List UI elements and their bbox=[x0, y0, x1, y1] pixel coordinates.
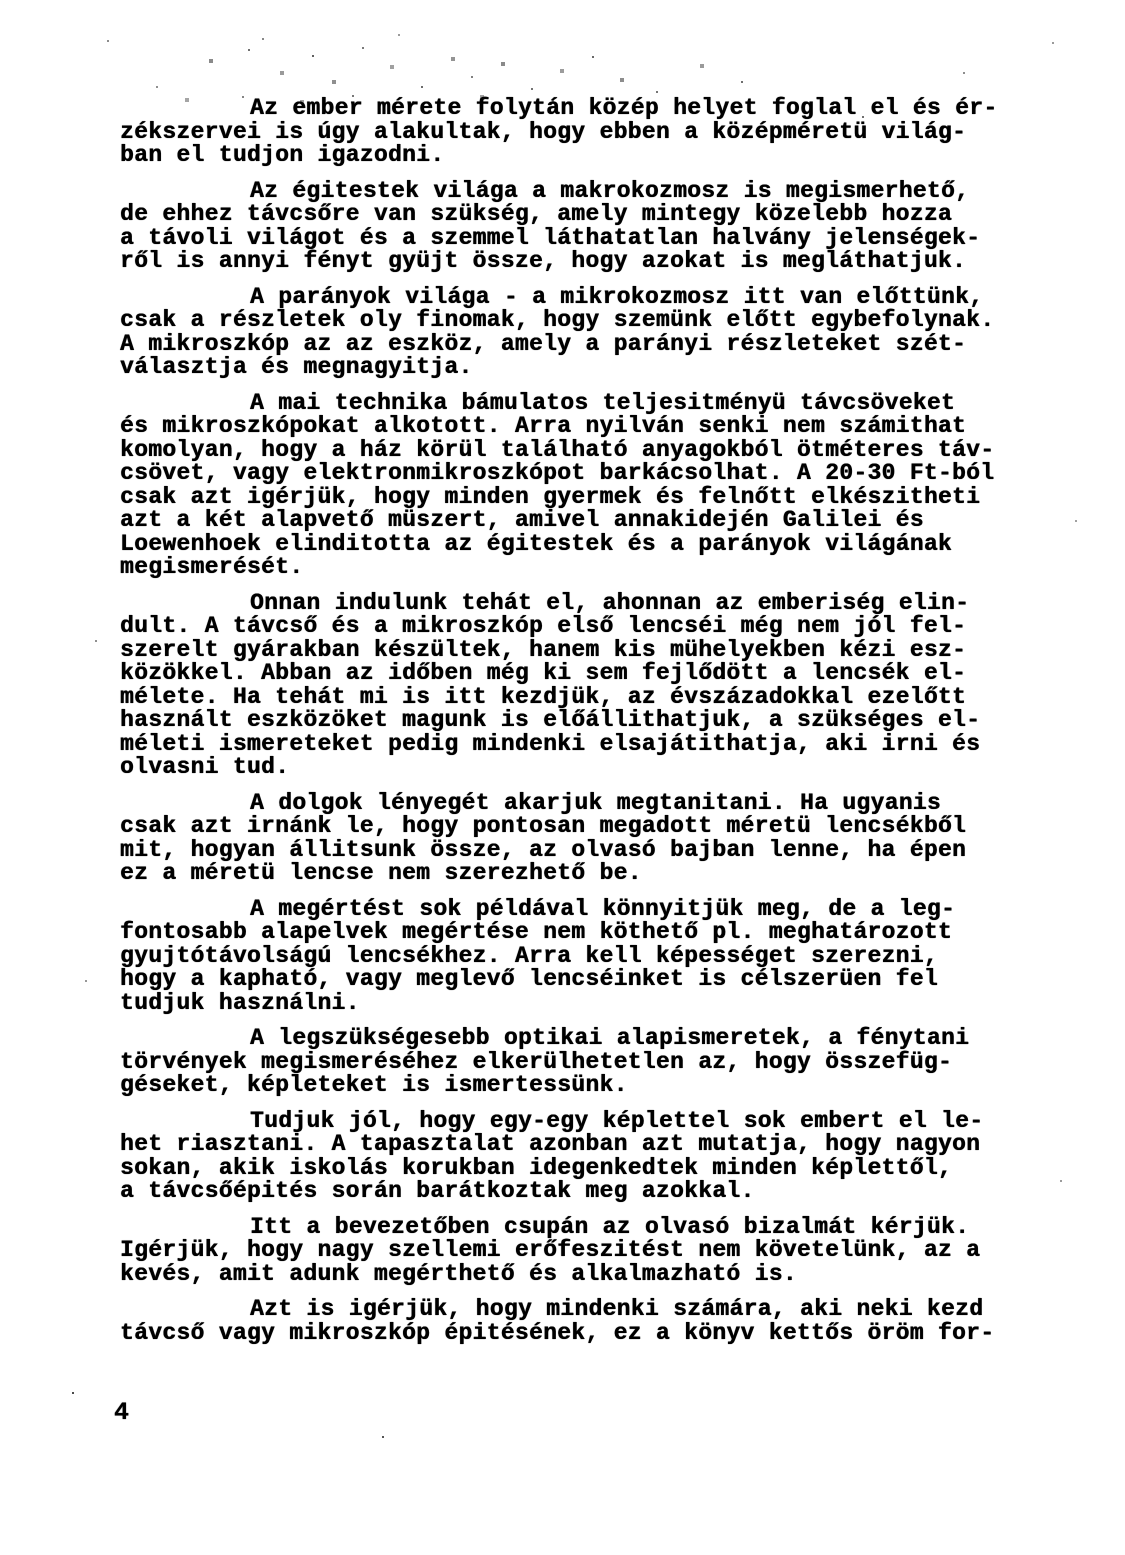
paragraph: Az égitestek világa a makrokozmosz is me… bbox=[120, 180, 1030, 274]
scanned-document-page: Az ember mérete folytán közép helyet fog… bbox=[0, 0, 1125, 1555]
paragraph: A parányok világa - a mikrokozmosz itt v… bbox=[120, 286, 1030, 380]
paragraph: A megértést sok példával könnyitjük meg,… bbox=[120, 898, 1030, 1016]
paragraph: A mai technika bámulatos teljesitményü t… bbox=[120, 392, 1030, 580]
paragraph: Azt is igérjük, hogy mindenki számára, a… bbox=[120, 1298, 1030, 1345]
paragraph: A legszükségesebb optikai alapismeretek,… bbox=[120, 1027, 1030, 1098]
paragraph: Tudjuk jól, hogy egy-egy képlettel sok e… bbox=[120, 1110, 1030, 1204]
paragraph: A dolgok lényegét akarjuk megtanitani. H… bbox=[120, 792, 1030, 886]
paragraph: Itt a bevezetőben csupán az olvasó bizal… bbox=[120, 1216, 1030, 1287]
page-text: Az ember mérete folytán közép helyet fog… bbox=[120, 97, 1030, 1357]
paragraph: Az ember mérete folytán közép helyet fog… bbox=[120, 97, 1030, 168]
paragraph: Onnan indulunk tehát el, ahonnan az embe… bbox=[120, 592, 1030, 780]
page-number: 4 bbox=[114, 1398, 129, 1427]
scan-noise-speckles bbox=[0, 0, 2, 2]
